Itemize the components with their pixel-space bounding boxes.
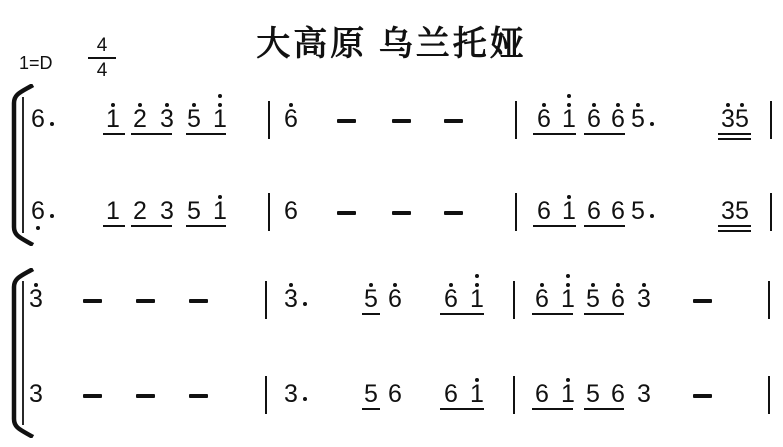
- note-digit-6: 6: [387, 290, 403, 308]
- digit-glyph: 5: [186, 202, 202, 220]
- digit-glyph: 5: [585, 385, 601, 403]
- octave-dot-above: [289, 283, 293, 287]
- note-digit-2: 2: [132, 202, 148, 220]
- note-digit-6: 6: [443, 290, 459, 308]
- system-bracket-glyph: [6, 268, 38, 438]
- dash-extension-line: [189, 299, 208, 303]
- note-digit-1: 1: [561, 202, 577, 220]
- note-digit-5: 5: [630, 202, 646, 220]
- dash-extension-line: [444, 119, 463, 123]
- song-title: 大高原 乌兰托娅: [0, 16, 783, 65]
- note-digit-1: 1: [105, 110, 121, 128]
- digit-glyph: 6: [443, 385, 459, 403]
- digit-glyph: 5: [585, 290, 601, 308]
- digit-glyph: 1: [561, 202, 577, 220]
- note-digit-6: 6: [536, 110, 552, 128]
- note-digit-5: 5: [734, 110, 750, 128]
- barline: [770, 193, 772, 231]
- digit-glyph: 6: [387, 385, 403, 403]
- digit-glyph: 6: [610, 385, 626, 403]
- note-digit-6: 6: [283, 110, 299, 128]
- note-digit-6: 6: [443, 385, 459, 403]
- note-digit-5: 5: [186, 110, 202, 128]
- note-digit-6: 6: [610, 202, 626, 220]
- note-digit-5: 5: [630, 110, 646, 128]
- note-digit-1: 1: [560, 290, 576, 308]
- time-signature: 4 4: [88, 35, 116, 81]
- note-digit-3: 3: [283, 290, 299, 308]
- note-digit-1: 1: [212, 110, 228, 128]
- digit-glyph: 5: [630, 202, 646, 220]
- note-digit-3: 3: [283, 385, 299, 403]
- duration-underline: [718, 225, 751, 227]
- digit-glyph: 3: [159, 110, 175, 128]
- octave-dot-above: [726, 103, 730, 107]
- note-digit-6: 6: [610, 290, 626, 308]
- note-digit-3: 3: [159, 202, 175, 220]
- dash-extension-line: [693, 394, 712, 398]
- sheet-music-page: 大高原 乌兰托娅 1=D 4 4 61235166166535612351661…: [0, 0, 783, 447]
- octave-dot-above: [567, 94, 571, 98]
- octave-dot-above: [449, 283, 453, 287]
- note-digit-6: 6: [534, 385, 550, 403]
- dash-extension-line: [392, 211, 411, 215]
- note-digit-6: 6: [586, 202, 602, 220]
- barline: [515, 193, 517, 231]
- dash-extension-line: [337, 211, 356, 215]
- digit-glyph: 6: [610, 110, 626, 128]
- note-digit-1: 1: [469, 290, 485, 308]
- octave-dot-above: [591, 283, 595, 287]
- octave-dot-above: [138, 103, 142, 107]
- digit-glyph: 6: [586, 202, 602, 220]
- digit-glyph: 6: [283, 110, 299, 128]
- note-digit-3: 3: [636, 385, 652, 403]
- digit-glyph: 6: [283, 202, 299, 220]
- octave-dot-above: [475, 378, 479, 382]
- note-digit-3: 3: [159, 110, 175, 128]
- barline: [268, 101, 270, 139]
- note-digit-6: 6: [610, 385, 626, 403]
- octave-dot-above: [111, 103, 115, 107]
- note-digit-1: 1: [105, 202, 121, 220]
- time-signature-denominator: 4: [88, 60, 116, 81]
- duration-underline: [131, 225, 172, 227]
- augmentation-dot: [650, 214, 654, 218]
- digit-glyph: 6: [610, 202, 626, 220]
- digit-glyph: 1: [469, 290, 485, 308]
- duration-underline-second: [718, 230, 751, 232]
- digit-glyph: 6: [610, 290, 626, 308]
- note-digit-1: 1: [560, 385, 576, 403]
- octave-dot-above: [192, 103, 196, 107]
- digit-glyph: 6: [536, 202, 552, 220]
- digit-glyph: 3: [283, 290, 299, 308]
- note-digit-1: 1: [469, 385, 485, 403]
- system-bracket: [6, 268, 38, 438]
- dash-extension-line: [189, 394, 208, 398]
- octave-dot-above: [567, 103, 571, 107]
- note-digit-6: 6: [610, 110, 626, 128]
- note-digit-5: 5: [186, 202, 202, 220]
- octave-dot-above: [542, 103, 546, 107]
- digit-glyph: 6: [387, 290, 403, 308]
- time-signature-numerator: 4: [88, 35, 116, 56]
- digit-glyph: 3: [283, 385, 299, 403]
- duration-underline: [584, 313, 624, 315]
- digit-glyph: 1: [105, 202, 121, 220]
- octave-dot-above: [616, 283, 620, 287]
- octave-dot-above: [636, 103, 640, 107]
- digit-glyph: 1: [105, 110, 121, 128]
- note-digit-2: 2: [132, 110, 148, 128]
- duration-underline: [186, 133, 226, 135]
- digit-glyph: 5: [734, 202, 750, 220]
- octave-dot-above: [218, 195, 222, 199]
- note-digit-5: 5: [585, 290, 601, 308]
- duration-underline: [131, 133, 172, 135]
- duration-underline: [533, 225, 576, 227]
- note-digit-6: 6: [536, 202, 552, 220]
- dash-extension-line: [83, 394, 102, 398]
- note-digit-5: 5: [363, 385, 379, 403]
- duration-underline: [533, 133, 576, 135]
- octave-dot-above: [369, 283, 373, 287]
- digit-glyph: 3: [159, 202, 175, 220]
- augmentation-dot: [650, 122, 654, 126]
- note-digit-6: 6: [283, 202, 299, 220]
- digit-glyph: 1: [469, 385, 485, 403]
- duration-underline: [186, 225, 226, 227]
- octave-dot-above: [566, 283, 570, 287]
- note-digit-6: 6: [586, 110, 602, 128]
- duration-underline: [584, 133, 625, 135]
- octave-dot-above: [616, 103, 620, 107]
- digit-glyph: 6: [586, 110, 602, 128]
- duration-underline: [718, 133, 751, 135]
- digit-glyph: 6: [443, 290, 459, 308]
- note-digit-1: 1: [561, 110, 577, 128]
- octave-dot-above: [642, 283, 646, 287]
- digit-glyph: 1: [212, 110, 228, 128]
- digit-glyph: 5: [363, 290, 379, 308]
- octave-dot-above: [393, 283, 397, 287]
- octave-dot-above: [566, 378, 570, 382]
- note-digit-6: 6: [387, 385, 403, 403]
- augmentation-dot: [50, 214, 54, 218]
- augmentation-dot: [303, 397, 307, 401]
- digit-glyph: 6: [534, 385, 550, 403]
- barline: [768, 376, 770, 414]
- dash-extension-line: [136, 394, 155, 398]
- octave-dot-above: [289, 103, 293, 107]
- barline: [513, 281, 515, 319]
- system-bracket: [6, 84, 38, 246]
- note-digit-3: 3: [636, 290, 652, 308]
- digit-glyph: 1: [212, 202, 228, 220]
- augmentation-dot: [303, 302, 307, 306]
- duration-underline: [362, 313, 380, 315]
- duration-underline: [584, 408, 624, 410]
- octave-dot-above: [218, 94, 222, 98]
- digit-glyph: 5: [630, 110, 646, 128]
- duration-underline: [584, 225, 625, 227]
- digit-glyph: 1: [560, 385, 576, 403]
- duration-underline: [362, 408, 380, 410]
- barline: [265, 281, 267, 319]
- note-digit-1: 1: [212, 202, 228, 220]
- octave-dot-above: [566, 274, 570, 278]
- note-digit-5: 5: [585, 385, 601, 403]
- duration-underline: [532, 313, 573, 315]
- octave-dot-above: [740, 103, 744, 107]
- dash-extension-line: [444, 211, 463, 215]
- octave-dot-above: [218, 103, 222, 107]
- digit-glyph: 6: [534, 290, 550, 308]
- duration-underline: [440, 408, 484, 410]
- barline: [265, 376, 267, 414]
- octave-dot-above: [592, 103, 596, 107]
- duration-underline: [440, 313, 484, 315]
- digit-glyph: 1: [561, 110, 577, 128]
- digit-glyph: 2: [132, 202, 148, 220]
- duration-underline: [103, 225, 125, 227]
- augmentation-dot: [50, 122, 54, 126]
- digit-glyph: 3: [636, 290, 652, 308]
- dash-extension-line: [693, 299, 712, 303]
- note-digit-5: 5: [734, 202, 750, 220]
- digit-glyph: 6: [536, 110, 552, 128]
- barline: [513, 376, 515, 414]
- note-digit-6: 6: [534, 290, 550, 308]
- duration-underline: [103, 133, 125, 135]
- digit-glyph: 5: [186, 110, 202, 128]
- octave-dot-above: [540, 283, 544, 287]
- octave-dot-above: [475, 274, 479, 278]
- digit-glyph: 3: [636, 385, 652, 403]
- digit-glyph: 2: [132, 110, 148, 128]
- dash-extension-line: [83, 299, 102, 303]
- digit-glyph: 1: [560, 290, 576, 308]
- octave-dot-above: [567, 195, 571, 199]
- dash-extension-line: [392, 119, 411, 123]
- digit-glyph: 5: [734, 110, 750, 128]
- barline: [515, 101, 517, 139]
- octave-dot-above: [165, 103, 169, 107]
- duration-underline-second: [718, 138, 751, 140]
- dash-extension-line: [337, 119, 356, 123]
- digit-glyph: 5: [363, 385, 379, 403]
- key-signature: 1=D: [19, 53, 53, 74]
- note-digit-5: 5: [363, 290, 379, 308]
- dash-extension-line: [136, 299, 155, 303]
- barline: [768, 281, 770, 319]
- barline: [770, 101, 772, 139]
- octave-dot-above: [475, 283, 479, 287]
- duration-underline: [532, 408, 573, 410]
- time-signature-bar: [88, 57, 116, 59]
- barline: [268, 193, 270, 231]
- system-bracket-glyph: [6, 84, 38, 246]
